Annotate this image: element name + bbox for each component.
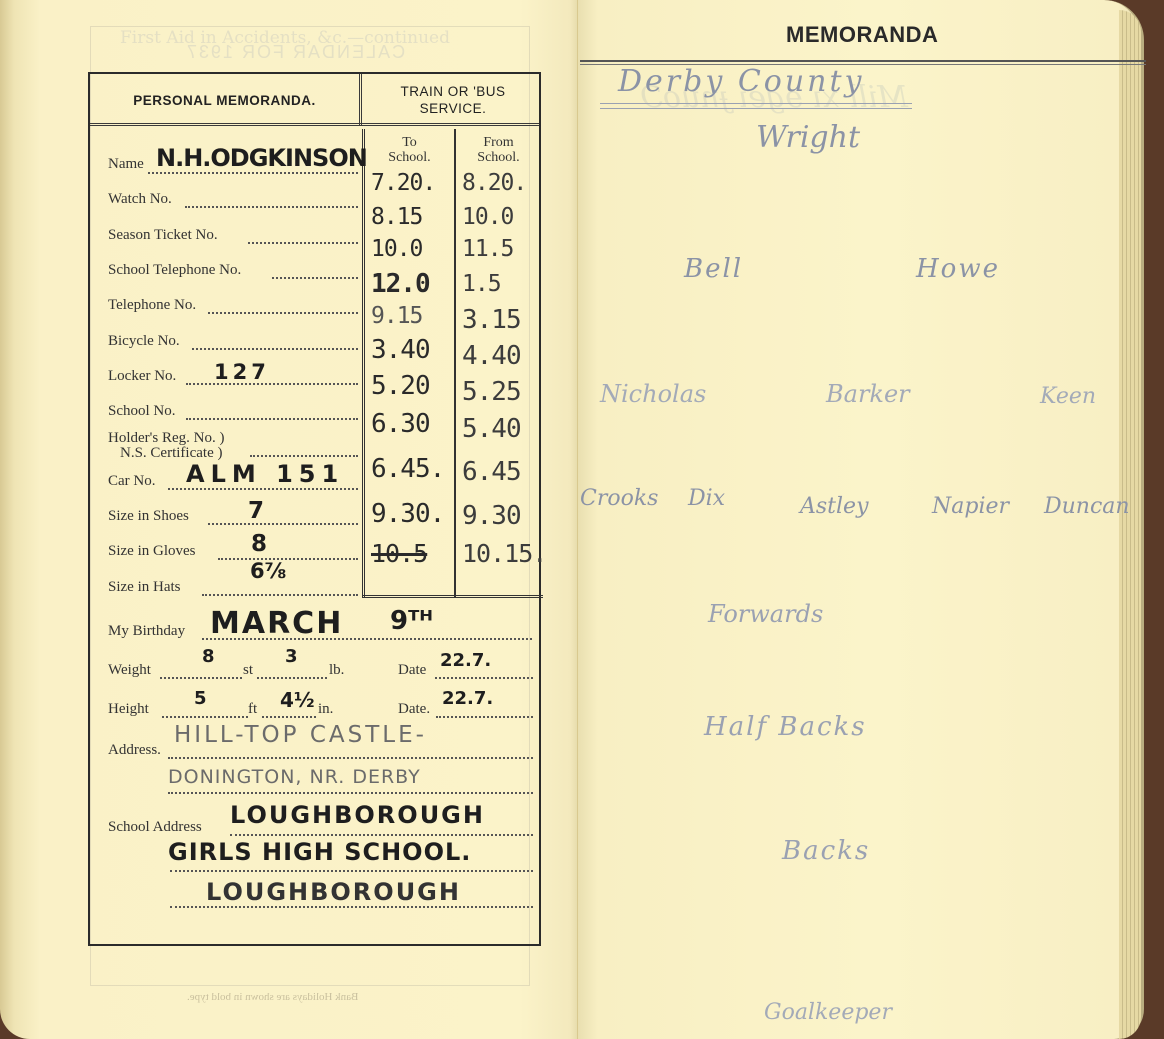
memoranda-title: MEMORANDA xyxy=(786,22,938,48)
name-dotted-line xyxy=(148,172,358,174)
forwards-label: Forwards xyxy=(708,600,823,628)
page-edges xyxy=(1119,10,1141,1039)
to-time: 7.20. xyxy=(371,170,435,196)
locker-dotted-line xyxy=(186,383,358,385)
hats-label: Size in Hats xyxy=(108,579,181,596)
service-title: TRAIN OR 'BUS SERVICE. xyxy=(365,74,541,126)
school-address-line3: LOUGHBOROUGH xyxy=(206,878,461,906)
height-date-dotted-line xyxy=(436,716,533,718)
from-school-header-line1: From xyxy=(456,135,541,150)
player: Crooks xyxy=(580,486,658,511)
height-ft-dotted-line xyxy=(162,716,248,718)
shoes-dotted-line xyxy=(208,523,358,525)
birthday-day: 9ᵀᴴ xyxy=(390,606,433,636)
weight-date-label: Date xyxy=(398,662,426,679)
personal-memoranda-table: PERSONAL MEMORANDA. TRAIN OR 'BUS SERVIC… xyxy=(88,72,541,946)
player: Duncan xyxy=(1044,494,1130,519)
left-page: First Aid in Accidents, &c.—continued CA… xyxy=(0,0,578,1039)
from-time: 9.30 xyxy=(462,501,521,531)
player: Dix xyxy=(688,486,725,511)
ft-label: ft xyxy=(248,701,257,718)
in-label: in. xyxy=(318,701,333,718)
to-time: 9.30. xyxy=(371,499,444,529)
from-time: 3.15 xyxy=(462,305,521,335)
height-date-value: 22.7. xyxy=(442,688,493,709)
shoes-label: Size in Shoes xyxy=(108,508,189,525)
lb-label: lb. xyxy=(329,662,344,679)
school-telephone-label: School Telephone No. xyxy=(108,262,241,279)
from-time: 1.5 xyxy=(462,271,501,297)
address-dotted-line-1 xyxy=(168,757,533,759)
season-ticket-label: Season Ticket No. xyxy=(108,227,218,244)
player: Nicholas xyxy=(600,380,706,408)
ghost-footnote: Bank Holidays are shown in bold type. xyxy=(187,991,358,1003)
height-in-dotted-line xyxy=(262,716,316,718)
height-date-label: Date. xyxy=(398,701,430,718)
from-time: 10.0 xyxy=(462,204,513,230)
table-title: PERSONAL MEMORANDA. xyxy=(90,74,362,126)
telephone-label: Telephone No. xyxy=(108,297,196,314)
watch-dotted-line xyxy=(185,206,358,208)
service-title-line2: SERVICE. xyxy=(420,100,487,117)
school-no-dotted-line xyxy=(186,418,358,420)
to-school-header: To School. xyxy=(365,135,454,165)
from-time: 10.15. xyxy=(462,539,546,568)
weight-lb-dotted-line xyxy=(257,677,327,679)
to-time: 5.20 xyxy=(371,371,430,401)
backs-label: Backs xyxy=(782,836,870,866)
from-time: 11.5 xyxy=(462,236,513,262)
from-school-column: From School. 8.20. 10.0 11.5 1.5 3.15 4.… xyxy=(454,129,541,598)
player: Barker xyxy=(826,380,910,408)
to-school-header-line1: To xyxy=(365,135,454,150)
name-value: N.H.ODGKINSON xyxy=(156,144,367,172)
to-school-header-line2: School. xyxy=(365,150,454,165)
telephone-dotted-line xyxy=(208,312,358,314)
car-dotted-line xyxy=(168,488,358,490)
to-time: 6.30 xyxy=(371,409,430,439)
from-school-header-line2: School. xyxy=(456,150,541,165)
from-time: 4.40 xyxy=(462,341,521,371)
school-address-line2: GIRLS HIGH SCHOOL. xyxy=(168,838,471,866)
bicycle-dotted-line xyxy=(192,348,358,350)
height-ft-value: 5 xyxy=(194,688,207,709)
service-box-bottom-rule xyxy=(362,595,543,598)
right-page xyxy=(578,0,1144,1039)
birthday-label: My Birthday xyxy=(108,623,185,640)
watch-label: Watch No. xyxy=(108,191,172,208)
school-telephone-dotted-line xyxy=(272,277,358,279)
shoes-value: 7 xyxy=(248,498,264,524)
school-address-dotted-line-3 xyxy=(170,906,533,908)
gloves-dotted-line xyxy=(218,558,358,560)
locker-label: Locker No. xyxy=(108,368,176,385)
service-title-line1: TRAIN OR 'BUS xyxy=(400,83,505,100)
to-time: 10.0 xyxy=(371,236,422,262)
weight-st-dotted-line xyxy=(160,677,242,679)
gloves-label: Size in Gloves xyxy=(108,543,196,560)
player: Napier xyxy=(932,494,1009,519)
goalkeeper-label: Goalkeeper xyxy=(764,1000,892,1025)
car-label: Car No. xyxy=(108,473,156,490)
weight-lb-value: 3 xyxy=(285,646,298,667)
from-time: 8.20. xyxy=(462,170,526,196)
player: Astley xyxy=(800,494,869,519)
address-label: Address. xyxy=(108,742,161,759)
school-address-dotted-line-1 xyxy=(230,834,533,836)
player: Keen xyxy=(1040,384,1096,409)
from-time: 6.45 xyxy=(462,457,521,487)
to-time: 8.15 xyxy=(371,204,422,230)
player: Howe xyxy=(916,254,1000,284)
weight-label: Weight xyxy=(108,662,151,679)
to-time: 9.15 xyxy=(371,303,422,329)
from-time: 5.25 xyxy=(462,377,521,407)
weight-st-value: 8 xyxy=(202,646,215,667)
hats-value: 6⅞ xyxy=(250,559,286,583)
season-ticket-dotted-line xyxy=(248,242,358,244)
to-time: 6.45. xyxy=(371,454,444,484)
open-notebook: First Aid in Accidents, &c.—continued CA… xyxy=(0,0,1164,1039)
half-backs-label: Half Backs xyxy=(704,712,867,742)
gloves-value: 8 xyxy=(251,531,267,557)
school-address-dotted-line-2 xyxy=(170,870,533,872)
birthday-value: MARCH xyxy=(210,606,343,641)
to-time: 12.0 xyxy=(371,269,430,299)
to-time-struck: 10.5 xyxy=(371,539,427,568)
address-dotted-line-2 xyxy=(168,792,533,794)
weight-date-dotted-line xyxy=(435,677,533,679)
height-in-value: 4½ xyxy=(280,688,315,712)
to-time: 3.40 xyxy=(371,335,430,365)
to-school-column: To School. 7.20. 8.15 10.0 12.0 9.15 3.4… xyxy=(362,129,454,598)
weight-date-value: 22.7. xyxy=(440,650,491,671)
heading-underline xyxy=(600,103,912,109)
hats-dotted-line xyxy=(202,594,358,596)
school-address-label: School Address xyxy=(108,819,202,836)
car-value: ALM 151 xyxy=(186,460,344,488)
name-label: Name xyxy=(108,156,144,173)
table-header: PERSONAL MEMORANDA. TRAIN OR 'BUS SERVIC… xyxy=(90,74,539,126)
holder-reg-dotted-line xyxy=(250,455,358,457)
height-label: Height xyxy=(108,701,149,718)
st-label: st xyxy=(243,662,253,679)
address-line2: DONINGTON, NR. DERBY xyxy=(168,766,421,788)
school-no-label: School No. xyxy=(108,403,176,420)
from-time: 5.40 xyxy=(462,414,521,444)
locker-value: 127 xyxy=(214,360,270,384)
bicycle-label: Bicycle No. xyxy=(108,333,180,350)
player: Bell xyxy=(684,254,743,284)
player-centre: Wright xyxy=(756,120,860,155)
from-school-header: From School. xyxy=(456,135,541,165)
address-line1: HILL-TOP CASTLE- xyxy=(174,722,427,748)
team-heading: Derby County xyxy=(618,64,865,99)
school-address-line1: LOUGHBOROUGH xyxy=(230,801,485,829)
